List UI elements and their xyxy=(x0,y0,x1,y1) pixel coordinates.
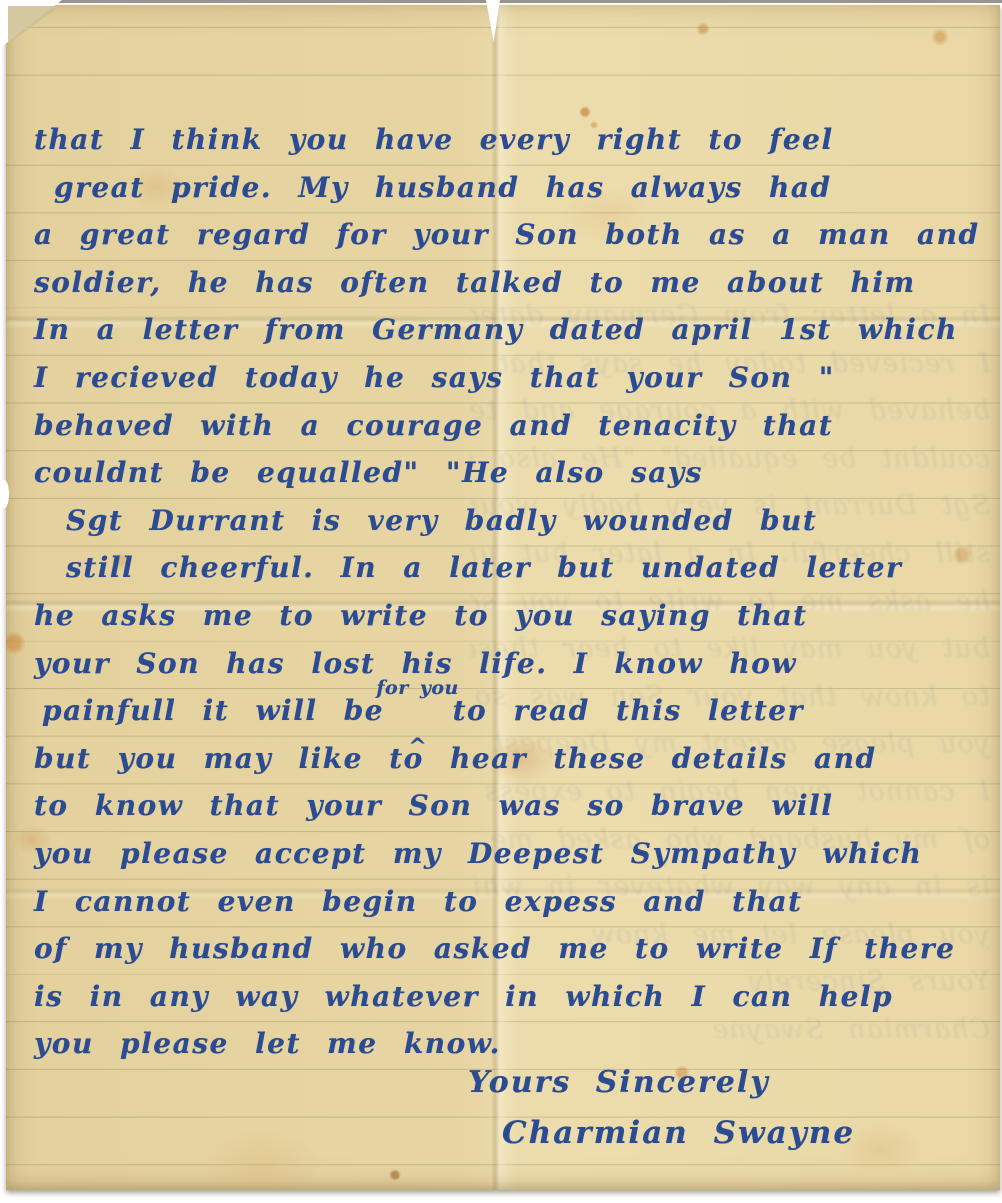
letter-line: couldnt be equalled" "He also says xyxy=(34,449,984,497)
signature-block: Yours Sincerely Charmian Swayne xyxy=(468,1058,855,1158)
insertion-after-text: to read this letter xyxy=(453,694,804,727)
letter-line: In a letter from Germany dated april 1st… xyxy=(34,306,984,354)
insertion-before-text: painfull it will be xyxy=(42,694,384,727)
tear-left-edge xyxy=(0,480,9,508)
letter-line-with-insertion: painfull it will be for you ^ to read th… xyxy=(34,687,984,735)
letter-line: your Son has lost his life. I know how xyxy=(34,640,984,688)
letter-body: that I think you have every right to fee… xyxy=(34,116,984,1068)
letter-line: you please accept my Deepest Sympathy wh… xyxy=(34,830,984,878)
letter-line: great pride. My husband has always had xyxy=(34,164,984,212)
letter-line: soldier, he has often talked to me about… xyxy=(34,259,984,307)
letter-line: I cannot even begin to expess and that xyxy=(34,878,984,926)
letter-line: still cheerful. In a later but undated l… xyxy=(34,544,984,592)
scanned-letter-page: In a letter from Germany dated april 1st… xyxy=(0,0,1002,1203)
letter-line: I recieved today he says that your Son " xyxy=(34,354,984,402)
scanner-edge-shadow xyxy=(0,0,1002,3)
letter-line: is in any way whatever in which I can he… xyxy=(34,973,984,1021)
letter-line: but you may like to hear these details a… xyxy=(34,735,984,783)
letter-line: he asks me to write to you saying that xyxy=(34,592,984,640)
letter-line: to know that your Son was so brave will xyxy=(34,782,984,830)
letter-line: behaved with a courage and tenacity that xyxy=(34,402,984,450)
letter-line: a great regard for your Son both as a ma… xyxy=(34,211,984,259)
inserted-text: for you xyxy=(376,679,459,698)
letter-signature: Charmian Swayne xyxy=(468,1108,855,1158)
letter-closing: Yours Sincerely xyxy=(468,1058,855,1108)
letter-line: that I think you have every right to fee… xyxy=(34,116,984,164)
insertion-caret: ^ xyxy=(408,736,428,758)
letter-line: of my husband who asked me to write If t… xyxy=(34,925,984,973)
letter-line: Sgt Durrant is very badly wounded but xyxy=(34,497,984,545)
